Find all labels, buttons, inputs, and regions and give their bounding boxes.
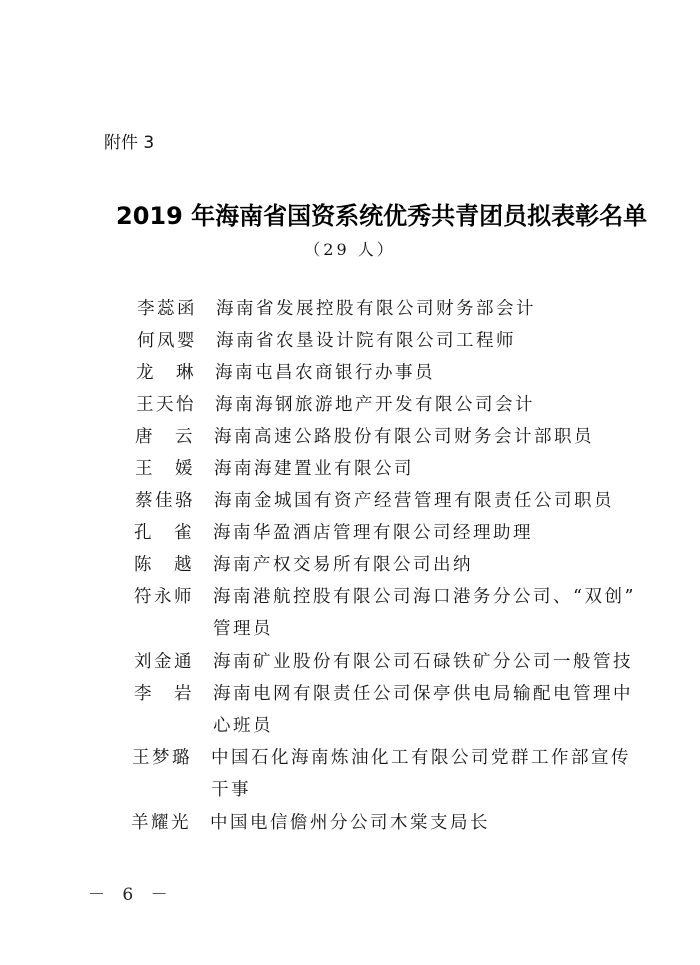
honoree-name: 符永师	[134, 583, 206, 608]
honoree-organization: 海南高速公路股份有限公司财务会计部职员	[214, 423, 594, 448]
honoree-organization-continued: 管理员	[213, 615, 273, 640]
honoree-name: 龙 琳	[136, 359, 208, 384]
attachment-label: 附件 3	[104, 128, 154, 153]
honoree-name: 蔡佳骆	[135, 487, 207, 512]
honoree-name: 孔 雀	[134, 519, 206, 544]
honoree-name: 王 媛	[135, 455, 207, 480]
document-title: 2019 年海南省国资系统优秀共青团员拟表彰名单	[116, 196, 626, 231]
honoree-organization: 中国石化海南炼油化工有限公司党群工作部宣传	[211, 744, 631, 769]
honoree-name: 陈 越	[134, 551, 206, 576]
honoree-name: 唐 云	[135, 423, 207, 448]
honoree-organization: 海南金城国有资产经营管理有限责任公司职员	[214, 487, 614, 512]
honoree-organization-continued: 干事	[211, 776, 251, 801]
honoree-name: 刘金通	[134, 648, 206, 673]
honoree-name: 羊耀光	[131, 809, 203, 834]
honoree-organization: 海南省发展控股有限公司财务部会计	[216, 295, 536, 320]
page-number: － 6 －	[88, 880, 174, 905]
honoree-organization: 海南电网有限责任公司保亭供电局输配电管理中	[213, 680, 633, 705]
honoree-name: 李蕊函	[137, 295, 209, 320]
honoree-name: 李 岩	[134, 680, 206, 705]
person-count: （29 人）	[0, 237, 700, 260]
honoree-name: 王梦璐	[132, 744, 204, 769]
honoree-organization: 海南矿业股份有限公司石碌铁矿分公司一般管技	[213, 648, 633, 673]
honoree-organization: 海南华盈酒店管理有限公司经理助理	[213, 519, 533, 544]
honoree-name: 何凤婴	[137, 327, 209, 352]
honoree-name: 王天怡	[136, 391, 208, 416]
honoree-organization: 海南海建置业有限公司	[214, 455, 414, 480]
honoree-organization: 海南省农垦设计院有限公司工程师	[216, 327, 516, 352]
honoree-organization: 海南海钢旅游地产开发有限公司会计	[215, 391, 535, 416]
honoree-organization: 海南港航控股有限公司海口港务分公司、“双创”	[213, 583, 636, 608]
honoree-organization: 海南产权交易所有限公司出纳	[213, 551, 473, 576]
honoree-organization: 海南屯昌农商银行办事员	[215, 359, 435, 384]
honoree-organization-continued: 心班员	[213, 712, 273, 737]
honoree-organization: 中国电信儋州分公司木棠支局长	[210, 809, 490, 834]
